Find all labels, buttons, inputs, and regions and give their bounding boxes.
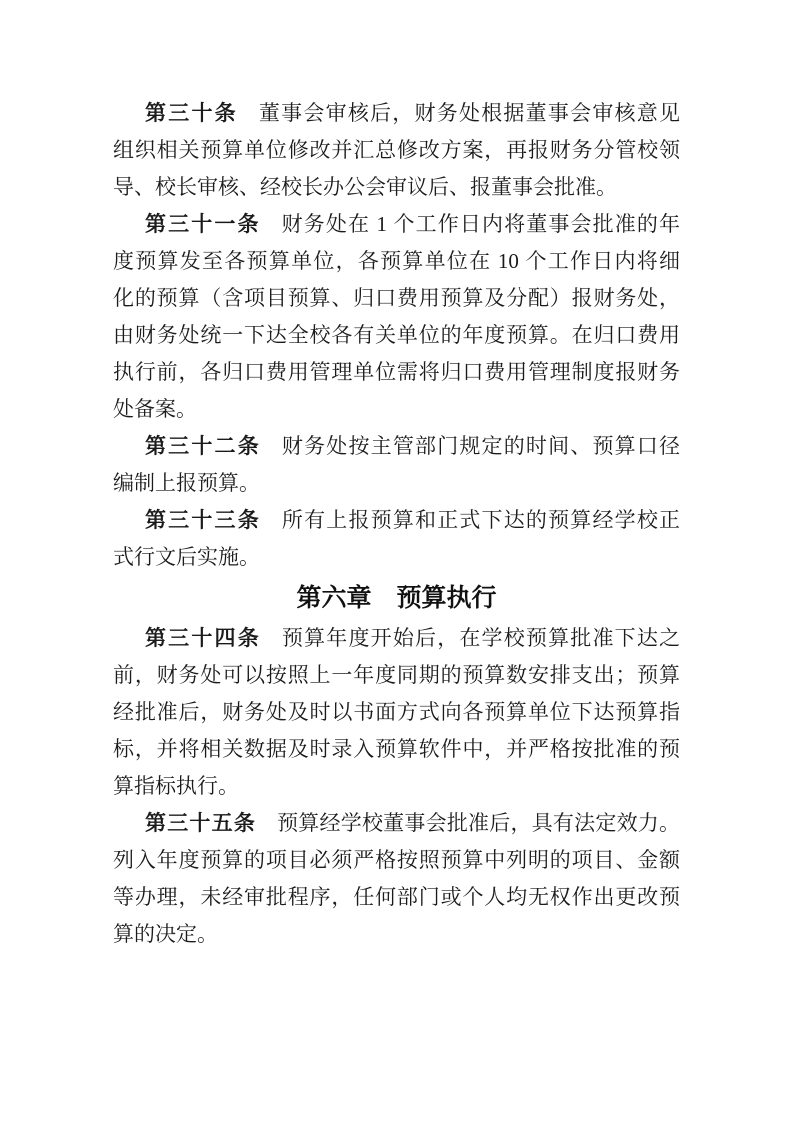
line-text: 所有上报预算和正式下达的预算经学校正	[282, 508, 680, 532]
line-text: 式行文后实施。	[113, 545, 260, 569]
text-line: 编制上报预算。	[113, 465, 680, 502]
article-number: 第三十条	[145, 101, 238, 125]
article-number: 第三十三条	[145, 508, 261, 532]
line-text: 算的决定。	[113, 922, 218, 946]
line-text: 处备案。	[113, 397, 197, 421]
line-text: 等办理，未经审批程序，任何部门或个人均无权作出更改预	[113, 885, 680, 909]
text-line: 第三十四条预算年度开始后，在学校预算批准下达之	[113, 620, 680, 657]
article-paragraph: 第三十五条预算经学校董事会批准后，具有法定效力。 列入年度预算的项目必须严格按照…	[113, 805, 680, 953]
text-line: 第三十一条财务处在 1 个工作日内将董事会批准的年	[113, 206, 680, 243]
line-text: 前，财务处可以按照上一年度同期的预算数安排支出；预算	[113, 663, 680, 687]
line-text: 算指标执行。	[113, 774, 239, 798]
line-text: 编制上报预算。	[113, 471, 260, 495]
text-line: 第三十条董事会审核后，财务处根据董事会审核意见	[113, 95, 680, 132]
text-line: 第三十二条财务处按主管部门规定的时间、预算口径	[113, 428, 680, 465]
text-line: 算指标执行。	[113, 768, 680, 805]
document-content: 第三十条董事会审核后，财务处根据董事会审核意见 组织相关预算单位修改并汇总修改方…	[113, 95, 680, 953]
line-text: 度预算发至各预算单位，各预算单位在 10 个工作日内将细	[113, 249, 680, 273]
text-line: 标，并将相关数据及时录入预算软件中，并严格按批准的预	[113, 731, 680, 768]
text-line: 等办理，未经审批程序，任何部门或个人均无权作出更改预	[113, 879, 680, 916]
text-line: 列入年度预算的项目必须严格按照预算中列明的项目、金额	[113, 842, 680, 879]
document-page: 第三十条董事会审核后，财务处根据董事会审核意见 组织相关预算单位修改并汇总修改方…	[0, 0, 793, 1122]
article-paragraph: 第三十四条预算年度开始后，在学校预算批准下达之 前，财务处可以按照上一年度同期的…	[113, 620, 680, 805]
text-line: 处备案。	[113, 391, 680, 428]
article-number: 第三十一条	[145, 212, 261, 236]
text-line: 第三十三条所有上报预算和正式下达的预算经学校正	[113, 502, 680, 539]
text-line: 执行前，各归口费用管理单位需将归口费用管理制度报财务	[113, 354, 680, 391]
line-text: 导、校长审核、经校长办公会审议后、报董事会批准。	[113, 175, 617, 199]
text-line: 导、校长审核、经校长办公会审议后、报董事会批准。	[113, 169, 680, 206]
text-line: 组织相关预算单位修改并汇总修改方案，再报财务分管校领	[113, 132, 680, 169]
line-text: 预算年度开始后，在学校预算批准下达之	[282, 626, 680, 650]
line-text: 组织相关预算单位修改并汇总修改方案，再报财务分管校领	[113, 138, 680, 162]
text-line: 经批准后，财务处及时以书面方式向各预算单位下达预算指	[113, 694, 680, 731]
article-number: 第三十五条	[145, 811, 256, 835]
article-paragraph: 第三十三条所有上报预算和正式下达的预算经学校正 式行文后实施。	[113, 502, 680, 576]
line-text: 由财务处统一下达全校各有关单位的年度预算。在归口费用	[113, 323, 680, 347]
line-text: 列入年度预算的项目必须严格按照预算中列明的项目、金额	[113, 848, 680, 872]
text-line: 第三十五条预算经学校董事会批准后，具有法定效力。	[113, 805, 680, 842]
line-text: 经批准后，财务处及时以书面方式向各预算单位下达预算指	[113, 700, 680, 724]
article-paragraph: 第三十条董事会审核后，财务处根据董事会审核意见 组织相关预算单位修改并汇总修改方…	[113, 95, 680, 206]
chapter-heading: 第六章 预算执行	[113, 576, 680, 620]
line-text: 预算经学校董事会批准后，具有法定效力。	[277, 811, 680, 835]
text-line: 式行文后实施。	[113, 539, 680, 576]
line-text: 财务处在 1 个工作日内将董事会批准的年	[282, 212, 680, 236]
line-text: 执行前，各归口费用管理单位需将归口费用管理制度报财务	[113, 360, 680, 384]
article-paragraph: 第三十二条财务处按主管部门规定的时间、预算口径 编制上报预算。	[113, 428, 680, 502]
line-text: 财务处按主管部门规定的时间、预算口径	[282, 434, 680, 458]
text-line: 化的预算（含项目预算、归口费用预算及分配）报财务处，	[113, 280, 680, 317]
text-line: 度预算发至各预算单位，各预算单位在 10 个工作日内将细	[113, 243, 680, 280]
text-line: 前，财务处可以按照上一年度同期的预算数安排支出；预算	[113, 657, 680, 694]
line-text: 标，并将相关数据及时录入预算软件中，并严格按批准的预	[113, 737, 680, 761]
article-number: 第三十四条	[145, 626, 261, 650]
text-line: 算的决定。	[113, 916, 680, 953]
line-text: 化的预算（含项目预算、归口费用预算及分配）报财务处，	[113, 286, 680, 310]
text-line: 由财务处统一下达全校各有关单位的年度预算。在归口费用	[113, 317, 680, 354]
article-number: 第三十二条	[145, 434, 261, 458]
line-text: 董事会审核后，财务处根据董事会审核意见	[259, 101, 680, 125]
article-paragraph: 第三十一条财务处在 1 个工作日内将董事会批准的年 度预算发至各预算单位，各预算…	[113, 206, 680, 428]
